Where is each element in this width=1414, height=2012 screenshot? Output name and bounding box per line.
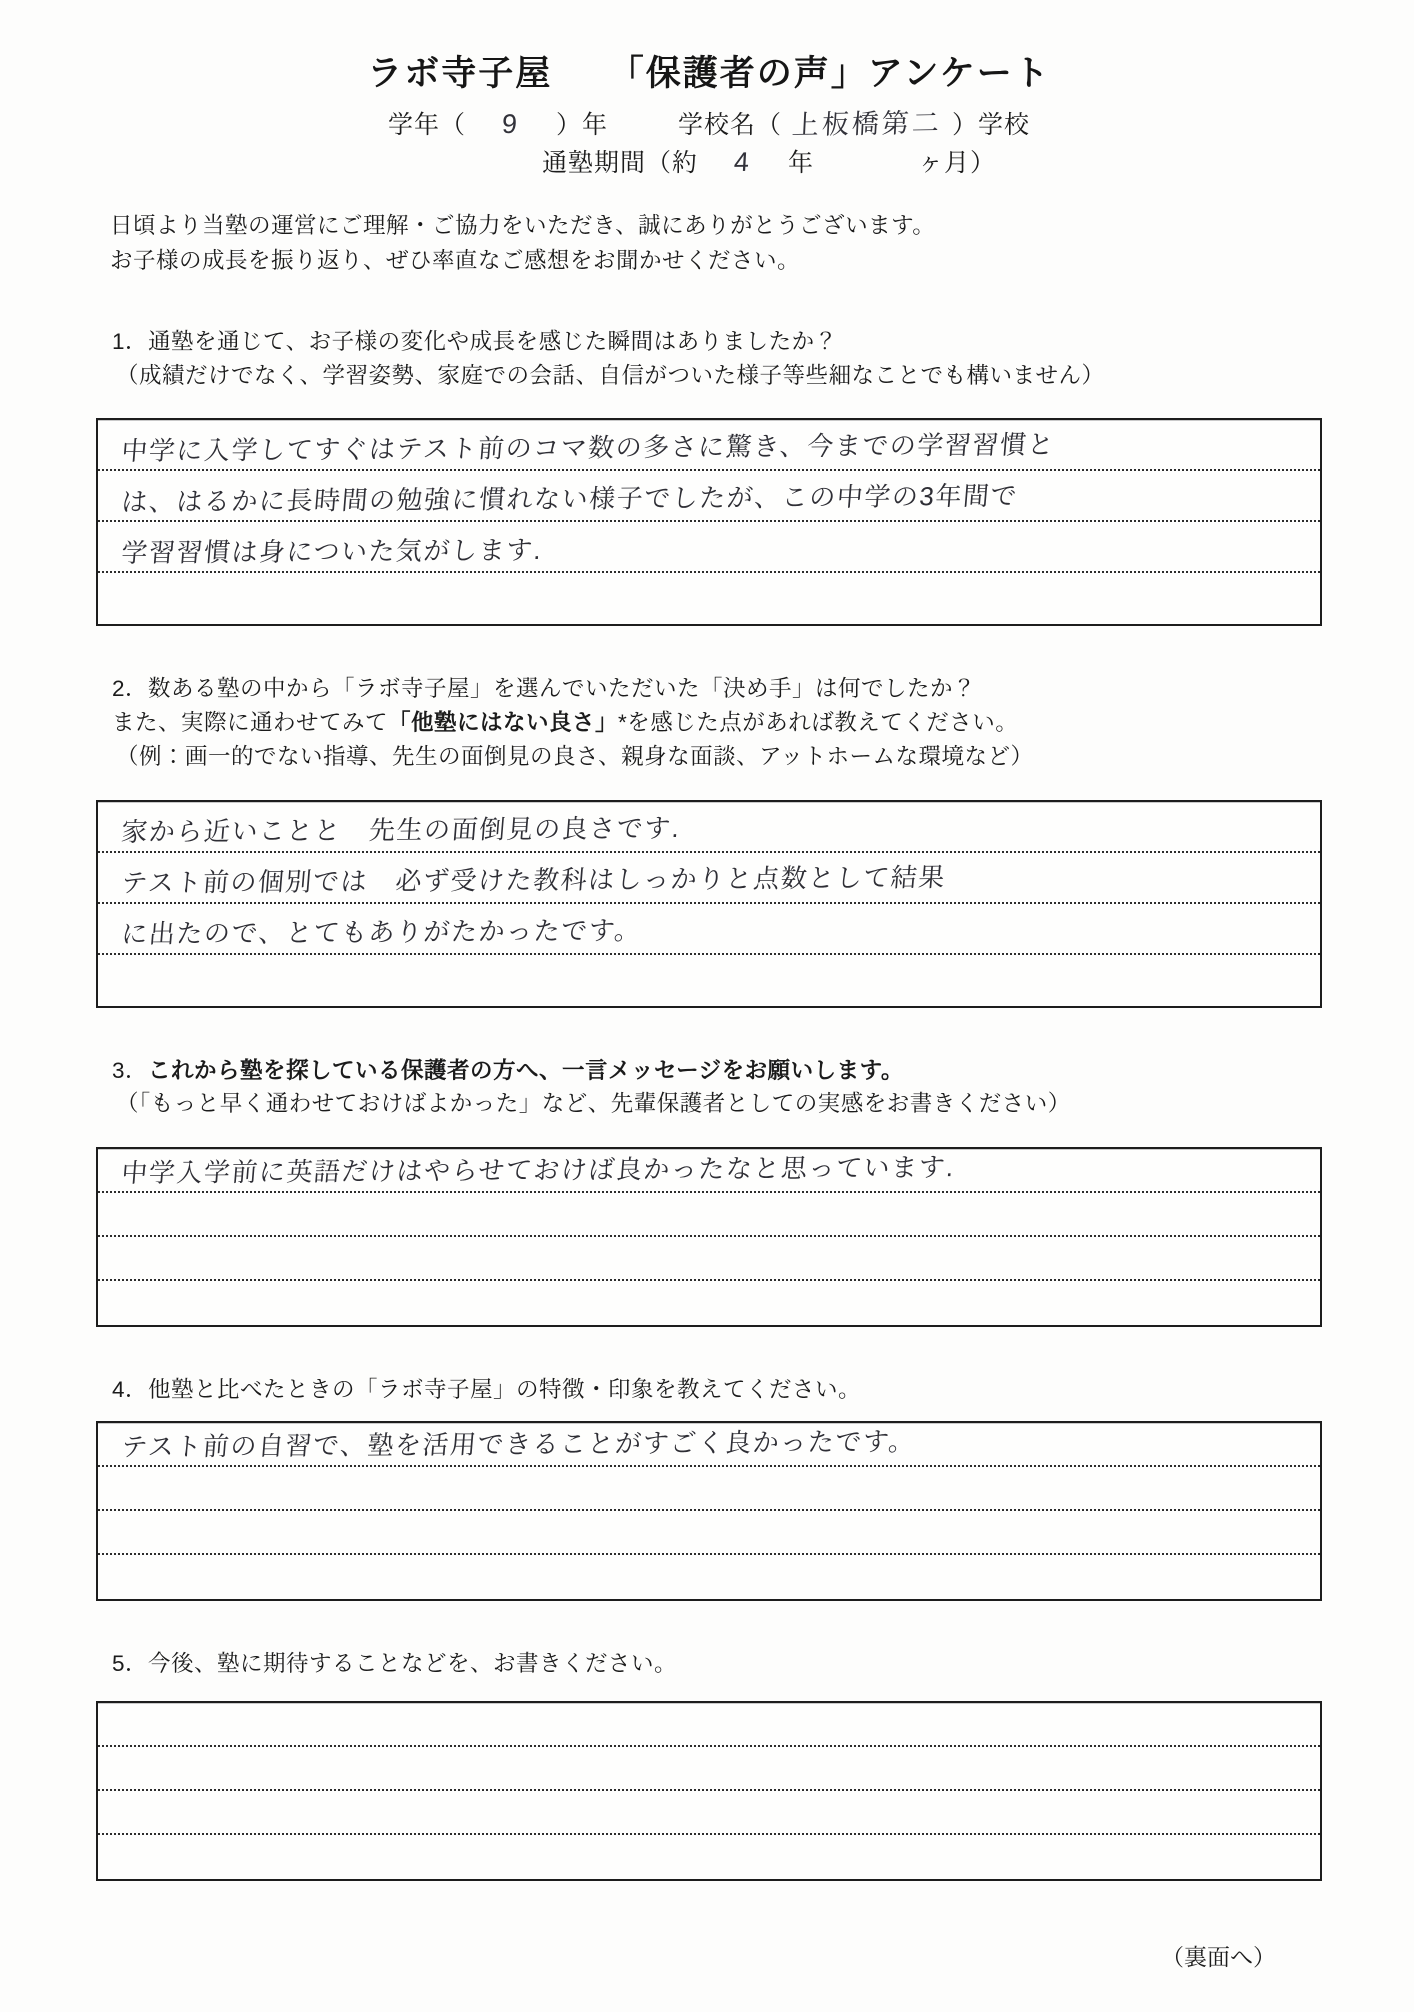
- question-3-label: 3．これから塾を探している保護者の方へ、一言メッセージをお願いします。: [96, 1054, 1322, 1088]
- answer-line: テスト前の個別では 必ず受けた教科はしっかりと点数として結果: [98, 853, 1320, 904]
- question-5-label: 5．今後、塾に期待することなどを、お書きください。: [96, 1647, 1322, 1681]
- handwritten-answer: に出たので、とてもありがたかったです。: [98, 915, 651, 952]
- grade-handwritten-value: 9: [491, 109, 531, 141]
- answer-line: [98, 1835, 1320, 1879]
- question-5: 5．今後、塾に期待することなどを、お書きください。: [96, 1647, 1322, 1881]
- grade-field-suffix: ）年: [556, 111, 608, 139]
- answer-line: に出たので、とてもありがたかったです。: [98, 904, 1320, 955]
- answer-line: [98, 1193, 1320, 1237]
- handwritten-answer: 学習習慣は身についた気がします.: [98, 535, 552, 571]
- question-2: 2．数ある塾の中から「ラボ寺子屋」を選んでいただいた「決め手」は何でしたか？ ま…: [96, 672, 1322, 1007]
- answer-line: [98, 1703, 1320, 1747]
- grade-field-prefix: 学年（: [388, 111, 466, 139]
- question-1-label: 1．通塾を通じて、お子様の変化や成長を感じた瞬間はありましたか？: [96, 325, 1322, 359]
- answer-line: [98, 573, 1320, 624]
- answer-box-4: テスト前の自習で、塾を活用できることがすごく良かったです。: [96, 1421, 1322, 1601]
- handwritten-answer: テスト前の個別では 必ず受けた教科はしっかりと点数として結果: [98, 862, 955, 901]
- handwritten-answer: テスト前の自習で、塾を活用できることがすごく良かったです。: [98, 1426, 925, 1465]
- answer-line: [98, 1555, 1320, 1599]
- answer-line: [98, 1467, 1320, 1511]
- question-3-note: （「もっと早く通わせておけばよかった」など、先輩保護者としての実感をお書きくださ…: [96, 1087, 1322, 1121]
- question-4: 4．他塾と比べたときの「ラボ寺子屋」の特徴・印象を教えてください。 テスト前の自…: [96, 1373, 1322, 1601]
- answer-box-3: 中学入学前に英語だけはやらせておけば良かったなと思っています.: [96, 1147, 1322, 1327]
- school-field-prefix: 学校名（: [678, 111, 782, 139]
- period-months-label: ヶ月）: [918, 149, 996, 177]
- question-2-label: 2．数ある塾の中から「ラボ寺子屋」を選んでいただいた「決め手」は何でしたか？ ま…: [96, 672, 1322, 740]
- answer-box-5: [96, 1701, 1322, 1881]
- intro-line: お子様の成長を振り返り、ぜひ率直なご感想をお聞かせください。: [110, 244, 1322, 279]
- form-title: ラボ寺子屋 「保護者の声」アンケート: [96, 46, 1322, 96]
- period-years-label: 年: [788, 149, 814, 177]
- answer-line: 家から近いことと 先生の面倒見の良さです.: [98, 802, 1320, 853]
- intro-line: 日頃より当塾の運営にご理解・ご協力をいただき、誠にありがとうございます。: [110, 209, 1322, 244]
- answer-line: [98, 1281, 1320, 1325]
- handwritten-answer: は、はるかに長時間の勉強に慣れない様子でしたが、この中学の3年間で: [98, 481, 1027, 521]
- answer-line: 学習習慣は身についた気がします.: [98, 522, 1320, 573]
- handwritten-answer: 家から近いことと 先生の面倒見の良さです.: [98, 813, 690, 850]
- answer-box-2: 家から近いことと 先生の面倒見の良さです. テスト前の個別では 必ず受けた教科は…: [96, 800, 1322, 1008]
- question-2-label-line2-bold: 「他塾にはない良さ」: [388, 710, 618, 735]
- footer-note: （裏面へ）: [96, 1939, 1322, 1972]
- handwritten-answer: 中学に入学してすぐはテスト前のコマ数の多さに驚き、今までの学習習慣と: [98, 429, 1064, 469]
- answer-line: [98, 1237, 1320, 1281]
- answer-line: 中学に入学してすぐはテスト前のコマ数の多さに驚き、今までの学習習慣と: [98, 420, 1320, 471]
- question-3-number: 3．: [112, 1058, 148, 1083]
- question-3-label-bold: これから塾を探している保護者の方へ、一言メッセージをお願いします。: [148, 1058, 904, 1083]
- question-3: 3．これから塾を探している保護者の方へ、一言メッセージをお願いします。 （「もっ…: [96, 1054, 1322, 1328]
- header-period-line: 通塾期間（約4年ヶ月）: [96, 143, 1322, 179]
- answer-line: [98, 1791, 1320, 1835]
- period-field-prefix: 通塾期間（約: [542, 149, 698, 177]
- question-2-label-line2-pre: また、実際に通わせてみて: [112, 710, 388, 735]
- answer-line: テスト前の自習で、塾を活用できることがすごく良かったです。: [98, 1423, 1320, 1467]
- answer-box-1: 中学に入学してすぐはテスト前のコマ数の多さに驚き、今までの学習習慣と は、はるか…: [96, 418, 1322, 626]
- period-years-handwritten-value: 4: [723, 147, 763, 179]
- answer-line: [98, 955, 1320, 1006]
- question-2-label-line2-post: *を感じた点があれば教えてください。: [618, 710, 1018, 735]
- answer-line: [98, 1511, 1320, 1555]
- question-2-note: （例：画一的でない指導、先生の面倒見の良さ、親身な面談、アットホームな環境など）: [96, 740, 1322, 774]
- question-1: 1．通塾を通じて、お子様の変化や成長を感じた瞬間はありましたか？ （成績だけでな…: [96, 325, 1322, 627]
- school-field-suffix: ）学校: [952, 111, 1030, 139]
- answer-line: は、はるかに長時間の勉強に慣れない様子でしたが、この中学の3年間で: [98, 471, 1320, 522]
- question-4-label: 4．他塾と比べたときの「ラボ寺子屋」の特徴・印象を教えてください。: [96, 1373, 1322, 1407]
- question-2-label-line1: 2．数ある塾の中から「ラボ寺子屋」を選んでいただいた「決め手」は何でしたか？: [112, 676, 976, 701]
- school-handwritten-value: 上板橋第二: [781, 101, 953, 143]
- handwritten-answer: 中学入学前に英語だけはやらせておけば良かったなと思っています.: [98, 1152, 964, 1191]
- answer-line: [98, 1747, 1320, 1791]
- intro-paragraph: 日頃より当塾の運営にご理解・ご協力をいただき、誠にありがとうございます。 お子様…: [96, 209, 1322, 279]
- header-grade-school-line: 学年（9）年学校名（上板橋第二）学校: [96, 102, 1322, 141]
- question-1-note: （成績だけでなく、学習姿勢、家庭での会話、自信がついた様子等些細なことでも構いま…: [96, 359, 1322, 393]
- survey-scan-page: ラボ寺子屋 「保護者の声」アンケート 学年（9）年学校名（上板橋第二）学校 通塾…: [0, 0, 1414, 2012]
- answer-line: 中学入学前に英語だけはやらせておけば良かったなと思っています.: [98, 1149, 1320, 1193]
